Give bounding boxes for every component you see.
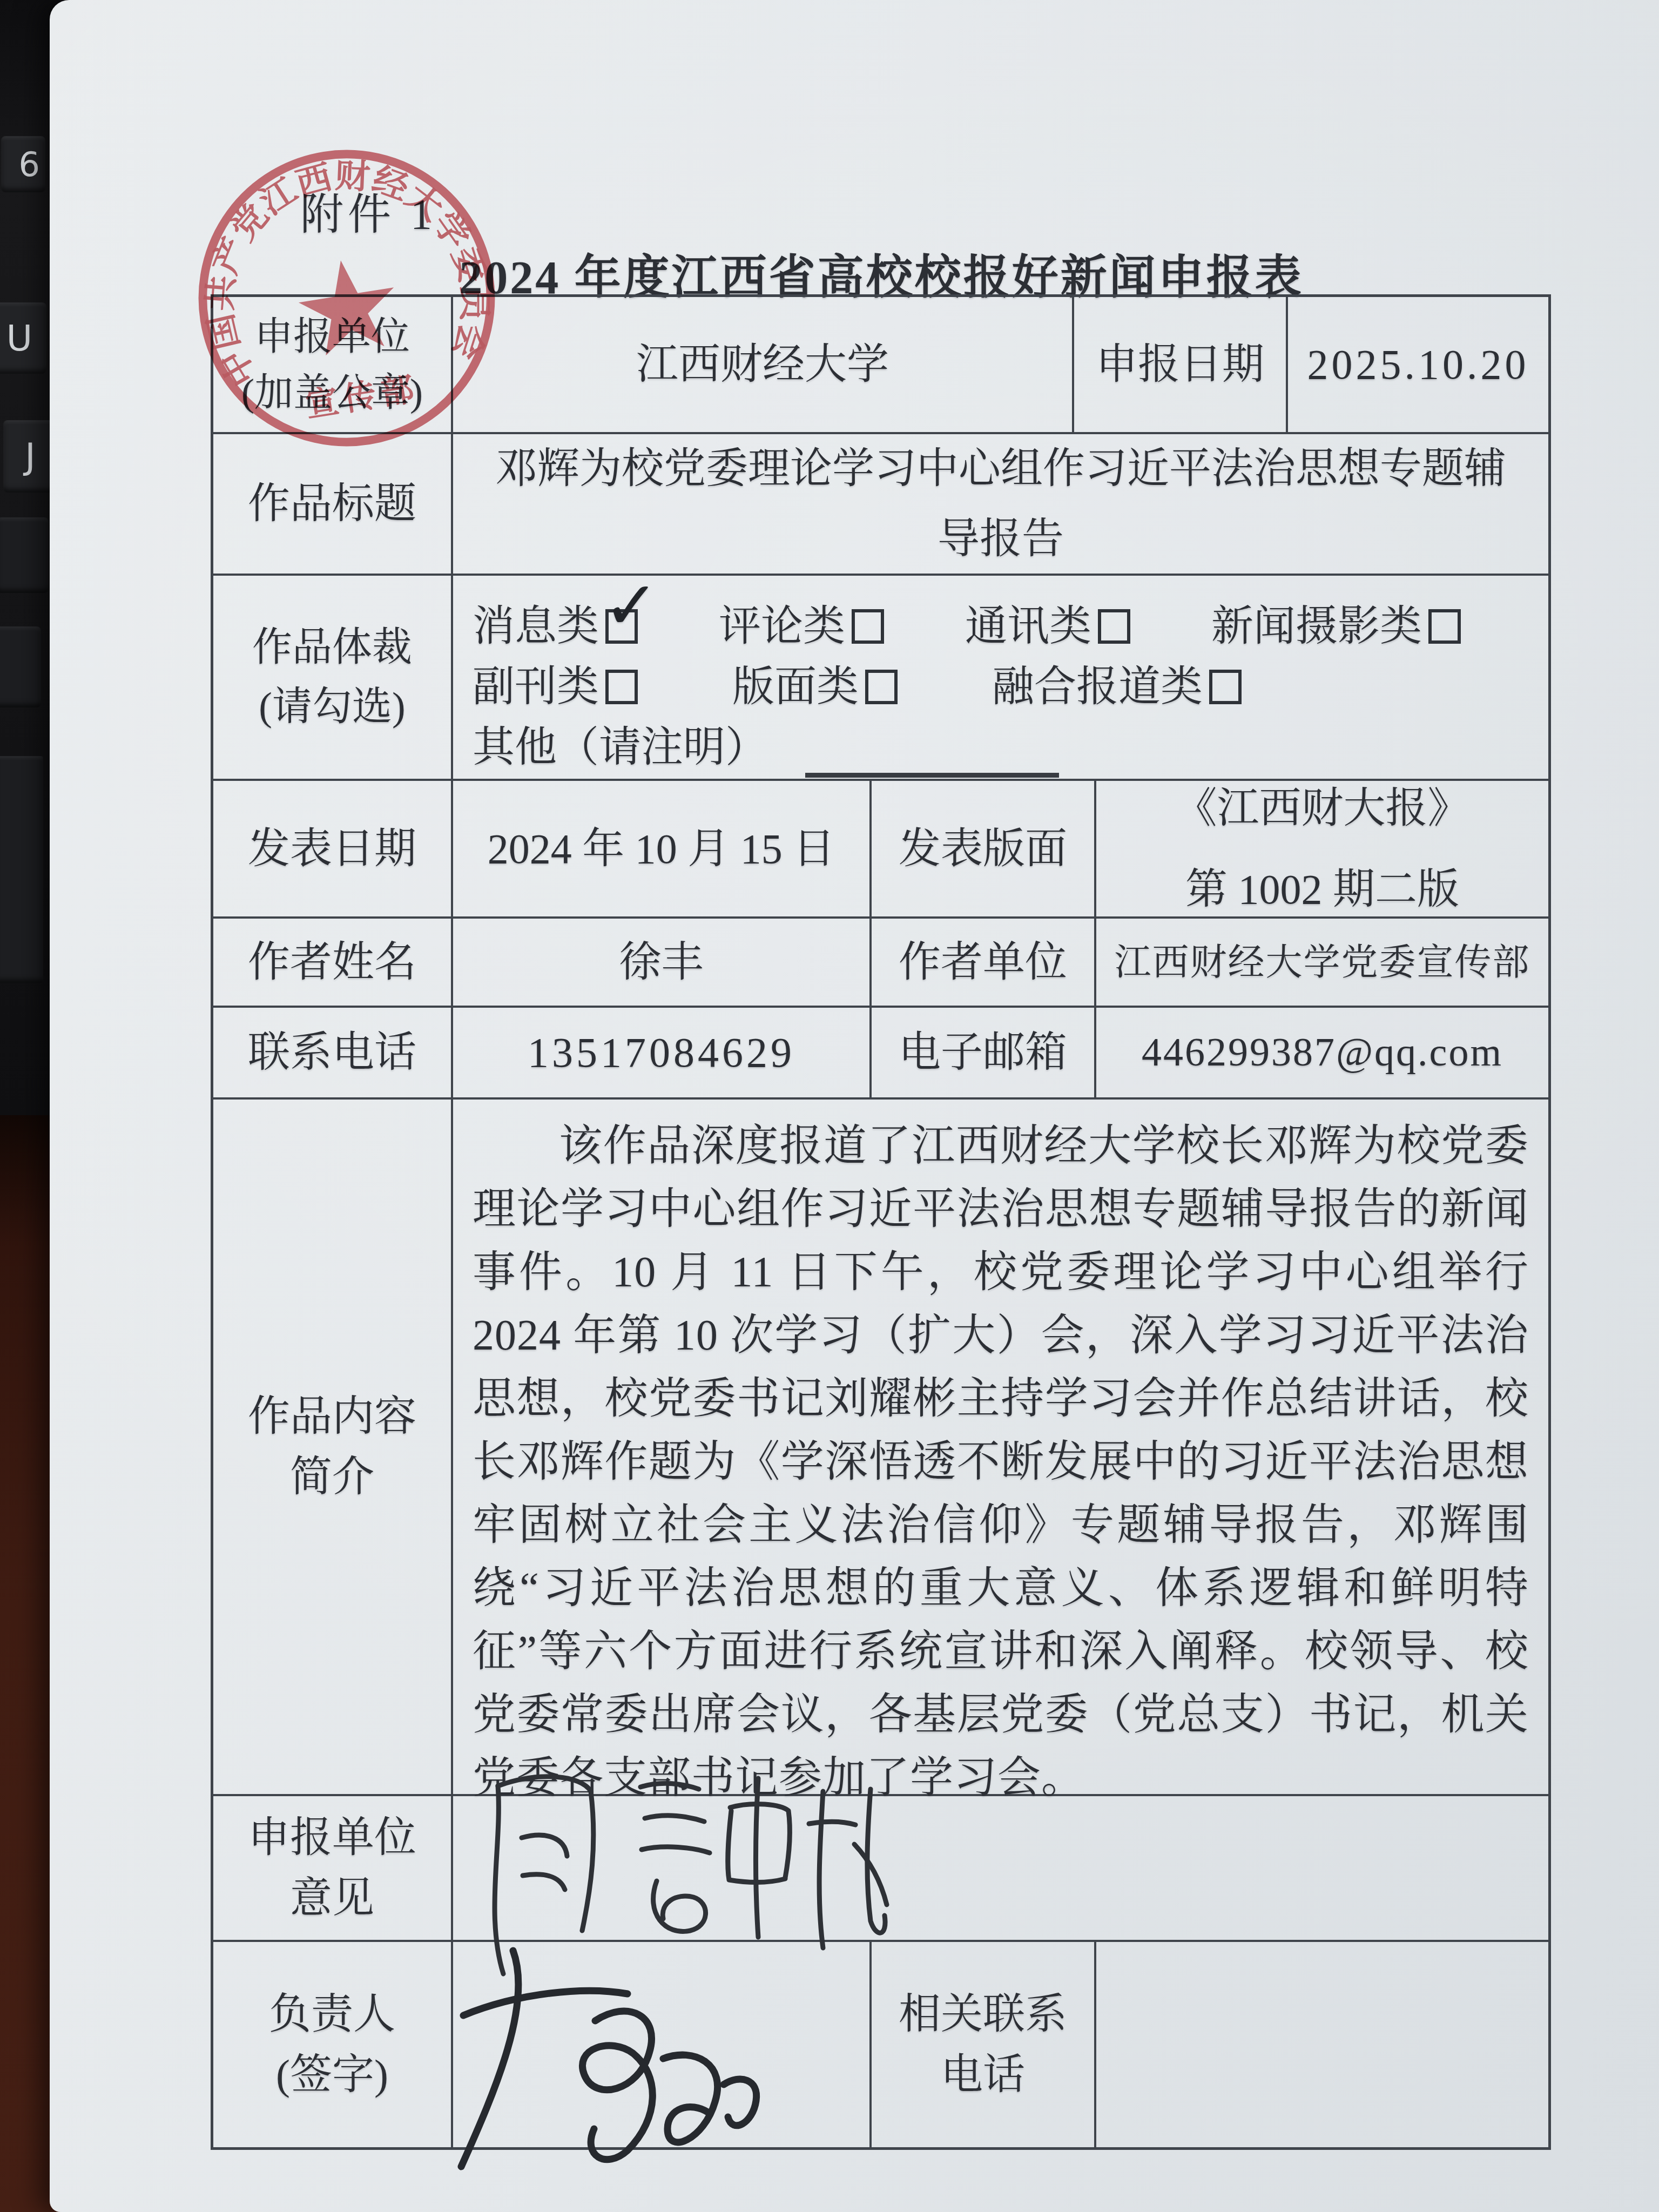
checkbox-empty bbox=[1098, 609, 1130, 644]
table-row-genre: 作品体裁 (请勾选) 消息类 ✓ 评论类 通讯类 bbox=[213, 574, 1548, 779]
label-email: 电子邮箱 bbox=[869, 1008, 1094, 1097]
label-author-name: 作者姓名 bbox=[213, 919, 451, 1006]
checkbox-empty bbox=[1428, 609, 1461, 644]
genre-item: 新闻摄影类 bbox=[1211, 596, 1461, 657]
table-row-signature: 负责人 (签字) 相关联系 电话 bbox=[213, 1940, 1548, 2147]
genre-label: 版面类 bbox=[732, 657, 859, 717]
checkbox-checked: ✓ bbox=[605, 609, 638, 644]
application-form-table: 申报单位 (加盖公章) 江西财经大学 申报日期 2025.10.20 作品标题 … bbox=[211, 294, 1551, 2150]
value-author-unit: 江西财经大学党委宣传部 bbox=[1094, 919, 1548, 1006]
genre-label: 副刊类 bbox=[473, 657, 599, 717]
genre-options: 消息类 ✓ 评论类 通讯类 新闻摄影类 bbox=[451, 576, 1548, 779]
table-row-author: 作者姓名 徐丰 作者单位 江西财经大学党委宣传部 bbox=[213, 916, 1548, 1006]
value-related-phone bbox=[1094, 1942, 1548, 2147]
label-content-summary: 作品内容 简介 bbox=[213, 1100, 451, 1794]
genre-line-2: 副刊类 版面类 融合报道类 bbox=[473, 657, 1242, 717]
label-genre: 作品体裁 (请勾选) bbox=[213, 576, 451, 779]
genre-item: 消息类 ✓ bbox=[473, 596, 638, 657]
checkbox-empty bbox=[1209, 670, 1242, 704]
label-work-title: 作品标题 bbox=[213, 434, 451, 574]
check-mark-icon: ✓ bbox=[603, 572, 659, 639]
value-publish-page: 《江西财大报》 第 1002 期二版 bbox=[1094, 781, 1548, 916]
value-unit-opinion: 同意申报 bbox=[451, 1796, 1548, 1940]
value-email: 446299387@qq.com bbox=[1094, 1008, 1548, 1097]
label-responsible-sign: 负责人 (签字) bbox=[213, 1942, 451, 2147]
value-applicant-unit: 江西财经大学 bbox=[451, 297, 1072, 432]
table-row-contact: 联系电话 13517084629 电子邮箱 446299387@qq.com bbox=[213, 1006, 1548, 1097]
value-work-title: 邓辉为校党委理论学习中心组作习近平法治思想专题辅 导报告 bbox=[451, 434, 1548, 574]
value-author-name: 徐丰 bbox=[451, 919, 869, 1006]
genre-label: 融合报道类 bbox=[992, 657, 1203, 717]
label-publish-page: 发表版面 bbox=[869, 781, 1094, 916]
genre-label: 通讯类 bbox=[965, 596, 1091, 657]
genre-label: 评论类 bbox=[719, 596, 845, 657]
checkbox-empty bbox=[852, 609, 884, 644]
label-author-unit: 作者单位 bbox=[869, 919, 1094, 1006]
attachment-label: 附件 1 bbox=[300, 179, 436, 241]
label-unit-opinion: 申报单位 意见 bbox=[213, 1796, 451, 1940]
genre-item: 通讯类 bbox=[965, 596, 1130, 657]
checkbox-empty bbox=[865, 670, 898, 704]
genre-item: 融合报道类 bbox=[992, 657, 1242, 717]
genre-item: 版面类 bbox=[732, 657, 898, 717]
label-phone: 联系电话 bbox=[213, 1008, 451, 1097]
genre-other-line: 其他（请注明） bbox=[473, 717, 1059, 778]
table-row-summary: 作品内容 简介 该作品深度报道了江西财经大学校长邓辉为校党委理论学习中心组作习近… bbox=[213, 1097, 1548, 1794]
genre-label: 消息类 bbox=[473, 596, 599, 657]
signature-area bbox=[451, 1942, 869, 2147]
photo-of-form: 6 U J 附件 1 2024 年度江西省高校校报好新闻申报表 申报单位 (加盖… bbox=[0, 0, 1659, 2212]
summary-paragraph: 该作品深度报道了江西财经大学校长邓辉为校党委理论学习中心组作习近平法治思想专题辅… bbox=[473, 1115, 1529, 1810]
table-row-opinion: 申报单位 意见 同意申报 bbox=[213, 1794, 1548, 1940]
table-row-unit: 申报单位 (加盖公章) 江西财经大学 申报日期 2025.10.20 bbox=[213, 297, 1548, 432]
value-phone: 13517084629 bbox=[451, 1008, 869, 1097]
blank-underline bbox=[805, 740, 1059, 778]
checkbox-empty bbox=[605, 670, 638, 704]
genre-item: 副刊类 bbox=[473, 657, 638, 717]
label-apply-date: 申报日期 bbox=[1072, 297, 1286, 432]
genre-label: 新闻摄影类 bbox=[1211, 596, 1422, 657]
label-publish-date: 发表日期 bbox=[213, 781, 451, 916]
label-applicant-unit: 申报单位 (加盖公章) bbox=[213, 297, 451, 432]
table-row-title: 作品标题 邓辉为校党委理论学习中心组作习近平法治思想专题辅 导报告 bbox=[213, 432, 1548, 574]
genre-other-label: 其他（请注明） bbox=[473, 717, 767, 778]
table-row-publish: 发表日期 2024 年 10 月 15 日 发表版面 《江西财大报》 第 100… bbox=[213, 779, 1548, 916]
genre-line-1: 消息类 ✓ 评论类 通讯类 新闻摄影类 bbox=[473, 596, 1461, 657]
label-related-phone: 相关联系 电话 bbox=[869, 1942, 1094, 2147]
value-content-summary: 该作品深度报道了江西财经大学校长邓辉为校党委理论学习中心组作习近平法治思想专题辅… bbox=[451, 1100, 1548, 1794]
value-publish-date: 2024 年 10 月 15 日 bbox=[451, 781, 869, 916]
value-apply-date: 2025.10.20 bbox=[1286, 297, 1548, 432]
genre-item: 评论类 bbox=[719, 596, 884, 657]
